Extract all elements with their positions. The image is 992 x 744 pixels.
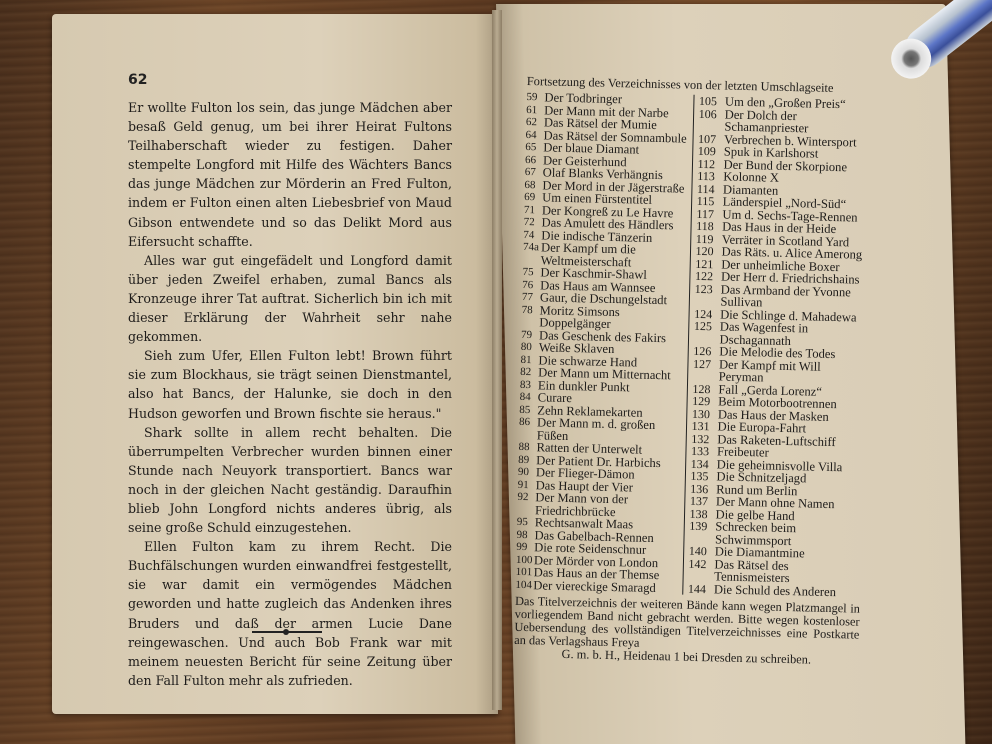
entry-number: 69 [524, 191, 542, 204]
left-page-text: Er wollte Fulton los sein, das junge Mäd… [128, 98, 452, 690]
paragraph: Sieh zum Ufer, Ellen Fulton lebt! Brown … [128, 346, 452, 422]
entry-title: Der viereckige Smaragd [533, 579, 656, 594]
entry-number: 144 [688, 582, 714, 595]
entry-number: 125 [693, 320, 720, 346]
entry-number: 90 [518, 466, 536, 479]
entry-number: 79 [521, 328, 539, 341]
entry-number: 81 [520, 353, 538, 366]
entry-number: 77 [522, 291, 540, 304]
entry-number: 67 [525, 166, 543, 179]
entry-number: 74 [523, 228, 541, 241]
end-of-chapter-ornament [252, 631, 322, 633]
paragraph: Er wollte Fulton los sein, das junge Mäd… [128, 98, 452, 251]
publisher-note: Das Titelverzeichnis der weiteren Bände … [514, 595, 860, 668]
entry-number: 99 [516, 541, 534, 554]
entry-number: 84 [520, 391, 538, 404]
entry-number: 59 [526, 91, 544, 104]
entry-number: 142 [688, 557, 715, 583]
entry-number: 61 [526, 103, 544, 116]
entry-number: 66 [525, 153, 543, 166]
index-right-column: 105Um den „Großen Preis“106Der Dolch der… [683, 95, 872, 599]
publisher-note-text: Das Titelverzeichnis der weiteren Bände … [514, 594, 860, 650]
entry-number: 86 [519, 416, 538, 441]
entry-number: 91 [518, 478, 536, 491]
paragraph: Shark sollte in allem recht behalten. Di… [128, 423, 452, 538]
index-entry: 144Die Schuld des Anderen [688, 582, 861, 598]
book-spine-gutter [492, 10, 502, 710]
paragraph: Alles war gut eingefädelt und Longford d… [128, 251, 452, 346]
entry-number: 139 [689, 520, 716, 546]
entry-title: Die Schuld des Anderen [714, 583, 836, 598]
entry-number: 100 [516, 553, 534, 566]
index-entry: 104Der viereckige Smaragd [515, 578, 678, 594]
entry-number: 62 [526, 116, 544, 129]
entry-number: 98 [516, 528, 534, 541]
entry-number: 68 [524, 178, 542, 191]
entry-number: 89 [518, 453, 536, 466]
entry-number: 64 [525, 128, 543, 141]
paragraph: Ellen Fulton kam zu ihrem Recht. Die Buc… [128, 537, 452, 690]
index-left-column: 59Der Todbringer61Der Mann mit der Narbe… [515, 91, 694, 595]
entry-number: 83 [520, 378, 538, 391]
entry-number: 92 [517, 491, 536, 516]
entry-number: 95 [517, 516, 535, 529]
entry-number: 127 [693, 357, 720, 383]
entry-number: 74a [523, 241, 542, 266]
entry-number: 106 [698, 107, 725, 133]
entry-number: 101 [516, 566, 534, 579]
entry-number: 123 [694, 282, 721, 308]
entry-number: 80 [521, 341, 539, 354]
entry-number: 65 [525, 141, 543, 154]
entry-number: 85 [519, 403, 537, 416]
entry-number: 88 [518, 441, 536, 454]
entry-number: 76 [522, 278, 540, 291]
entry-number: 71 [524, 203, 542, 216]
title-index: Fortsetzung des Verzeichnisses von der l… [514, 74, 872, 668]
entry-number: 82 [520, 366, 538, 379]
entry-number: 78 [521, 303, 540, 328]
page-number: 62 [128, 72, 147, 88]
entry-number: 104 [515, 578, 533, 591]
entry-number: 75 [522, 266, 540, 279]
entry-number: 72 [523, 216, 541, 229]
